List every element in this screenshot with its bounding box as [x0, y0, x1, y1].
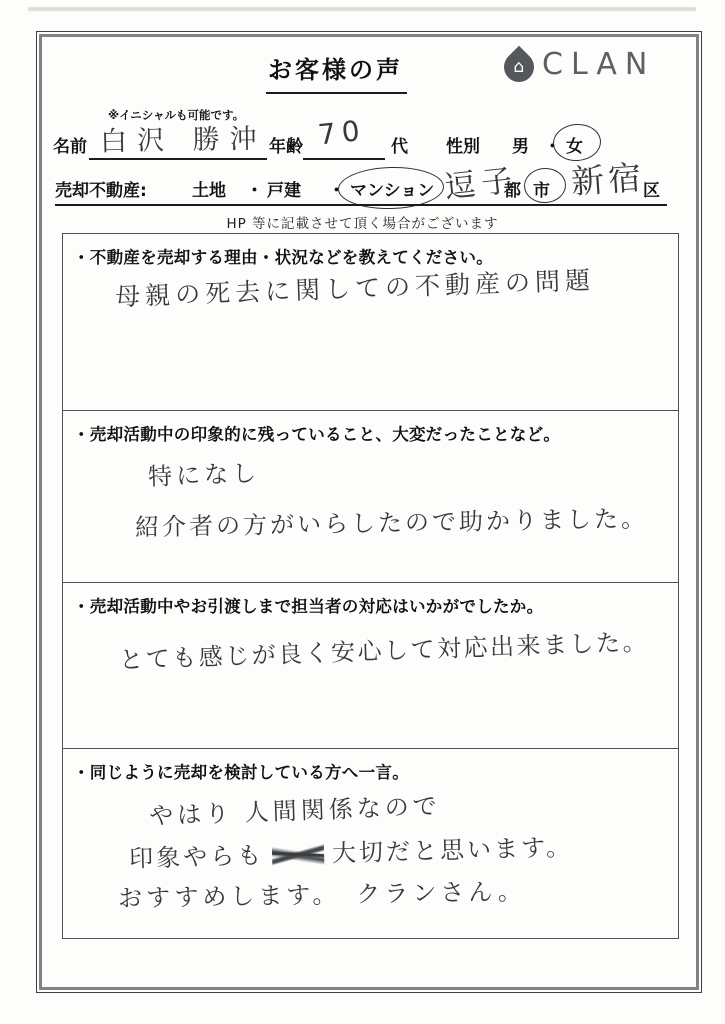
scratched-out-word — [272, 842, 325, 865]
age-handwritten-value: 70 — [316, 114, 367, 152]
property-option-land: 土地 — [192, 176, 226, 201]
scanned-customer-voice-form: お客様の声 ⌂ CLAN ※イニシャルも可能です。 名前 白沢 勝沖 年齢 70… — [0, 0, 725, 1024]
answer-handwritten: 母親の死去に関しての不動産の問題 — [115, 261, 596, 314]
ku-label: 区 — [643, 176, 660, 201]
property-separator-1: ・ — [246, 176, 263, 201]
age-label: 年齢 — [269, 132, 303, 157]
answer-handwritten-line2: 紹介者の方がいらしたので助かりました。 — [135, 498, 649, 542]
name-handwritten-value: 白沢 勝沖 — [100, 117, 267, 159]
property-option-house: 戸建 — [267, 176, 301, 201]
qa-row-message: ・同じように売却を検討している方へ一言。 やはり 人間関係なので 印象やらも大切… — [63, 748, 678, 936]
qa-table: ・不動産を売却する理由・状況などを教えてください。 母親の死去に関しての不動産の… — [62, 233, 679, 939]
hp-publication-note: HP 等に記載させて頂く場合がございます — [0, 212, 725, 232]
answer-line2-before: 印象やらも — [129, 841, 265, 873]
name-underline — [89, 158, 267, 160]
question-text: ・同じように売却を検討している方へ一言。 — [63, 749, 678, 783]
qa-row-reason: ・不動産を売却する理由・状況などを教えてください。 母親の死去に関しての不動産の… — [63, 234, 678, 410]
ward-handwritten-value: 新宿 — [569, 151, 646, 203]
qa-row-staff-response: ・売却活動中やお引渡しまで担当者の対応はいかがでしたか。 とても感じが良く安心し… — [63, 582, 678, 748]
question-text: ・売却活動中の印象的に残っていること、大変だったことなど。 — [63, 411, 678, 445]
page-title: お客様の声 — [266, 50, 407, 94]
answer-handwritten-line1: 特になし — [147, 453, 260, 492]
brand-name: CLAN — [542, 47, 655, 82]
question-text: ・売却活動中やお引渡しまで担当者の対応はいかがでしたか。 — [63, 583, 678, 617]
answer-line2-after: 大切だと思います。 — [332, 833, 574, 867]
answer-handwritten-line1: やはり 人間関係なので — [148, 785, 441, 830]
property-row-underline — [55, 204, 667, 206]
age-underline — [303, 158, 385, 160]
answer-handwritten-line3: おすすめします。 クランさん。 — [118, 871, 526, 913]
age-suffix: 代 — [391, 132, 408, 157]
answer-handwritten: とても感じが良く安心して対応出来ました。 — [119, 621, 650, 674]
to-label: 都 — [504, 176, 521, 201]
property-label: 売却不動産: — [55, 176, 147, 201]
company-logo: ⌂ CLAN — [504, 47, 655, 82]
house-icon: ⌂ — [514, 58, 525, 75]
qa-row-impression: ・売却活動中の印象的に残っていること、大変だったことなど。 特になし 紹介者の方… — [63, 410, 678, 582]
answer-handwritten-line2: 印象やらも大切だと思います。 — [129, 827, 574, 874]
gender-label: 性別 — [446, 132, 480, 157]
scan-artifact-streak — [28, 7, 696, 11]
house-droplet-icon: ⌂ — [498, 46, 540, 88]
name-label: 名前 — [53, 132, 87, 157]
